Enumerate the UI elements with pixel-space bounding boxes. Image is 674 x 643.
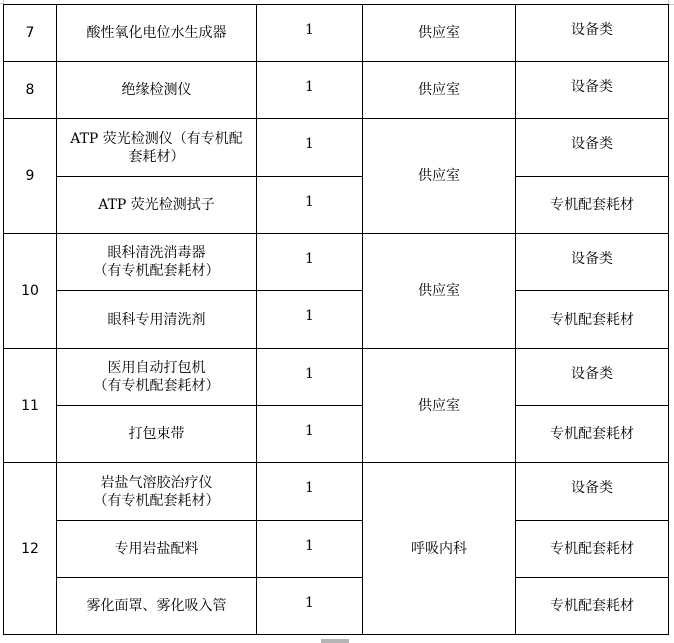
item-quantity: 1 — [257, 119, 363, 177]
item-quantity: 1 — [257, 5, 363, 62]
item-category: 专机配套耗材 — [516, 177, 669, 234]
item-name-line: 眼科清洗消毒器 — [59, 244, 254, 262]
item-name-line: 医用自动打包机 — [59, 359, 254, 377]
item-category: 设备类 — [516, 349, 669, 406]
item-quantity: 1 — [257, 177, 363, 234]
item-number: 8 — [4, 62, 57, 119]
item-department: 呼吸内科 — [363, 463, 516, 635]
item-name: 绝缘检测仪 — [57, 62, 257, 119]
item-number: 7 — [4, 5, 57, 62]
item-name: ATP 荧光检测仪（有专机配 套耗材） — [57, 119, 257, 177]
item-department: 供应室 — [363, 5, 516, 62]
item-quantity: 1 — [257, 578, 363, 635]
item-name-line: （有专机配套耗材） — [59, 262, 254, 280]
item-category: 设备类 — [516, 62, 669, 119]
item-quantity: 1 — [257, 521, 363, 578]
item-category: 专机配套耗材 — [516, 578, 669, 635]
item-name: 岩盐气溶胶治疗仪 （有专机配套耗材） — [57, 463, 257, 521]
item-category: 设备类 — [516, 5, 669, 62]
item-quantity: 1 — [257, 463, 363, 521]
item-name-line: ATP 荧光检测仪（有专机配 — [59, 130, 254, 148]
item-name: 酸性氧化电位水生成器 — [57, 5, 257, 62]
table-row: ATP 荧光检测拭子 1 专机配套耗材 — [4, 177, 669, 234]
item-department: 供应室 — [363, 119, 516, 234]
item-number: 9 — [4, 119, 57, 234]
item-quantity: 1 — [257, 234, 363, 291]
table-row: 雾化面罩、雾化吸入管 1 专机配套耗材 — [4, 578, 669, 635]
item-number: 10 — [4, 234, 57, 349]
table-row: 9 ATP 荧光检测仪（有专机配 套耗材） 1 供应室 设备类 — [4, 119, 669, 177]
item-department: 供应室 — [363, 349, 516, 463]
item-name-line: （有专机配套耗材） — [59, 492, 254, 510]
item-category: 设备类 — [516, 463, 669, 521]
table-row: 12 岩盐气溶胶治疗仪 （有专机配套耗材） 1 呼吸内科 设备类 — [4, 463, 669, 521]
item-name: ATP 荧光检测拭子 — [57, 177, 257, 234]
item-department: 供应室 — [363, 62, 516, 119]
item-name-line: 套耗材） — [59, 148, 254, 166]
item-category: 专机配套耗材 — [516, 291, 669, 349]
table-row: 眼科专用清洗剂 1 专机配套耗材 — [4, 291, 669, 349]
item-name: 打包束带 — [57, 406, 257, 463]
item-name-line: （有专机配套耗材） — [59, 377, 254, 395]
item-quantity: 1 — [257, 291, 363, 349]
item-name: 专用岩盐配料 — [57, 521, 257, 578]
item-name-line: 岩盐气溶胶治疗仪 — [59, 474, 254, 492]
item-category: 专机配套耗材 — [516, 406, 669, 463]
item-category: 专机配套耗材 — [516, 521, 669, 578]
item-name: 眼科专用清洗剂 — [57, 291, 257, 349]
item-category: 设备类 — [516, 234, 669, 291]
item-name: 雾化面罩、雾化吸入管 — [57, 578, 257, 635]
item-number: 12 — [4, 463, 57, 635]
item-name: 医用自动打包机 （有专机配套耗材） — [57, 349, 257, 406]
table-row: 10 眼科清洗消毒器 （有专机配套耗材） 1 供应室 设备类 — [4, 234, 669, 291]
item-quantity: 1 — [257, 349, 363, 406]
item-category: 设备类 — [516, 119, 669, 177]
scroll-handle[interactable] — [321, 639, 349, 643]
item-quantity: 1 — [257, 406, 363, 463]
table-row: 7 酸性氧化电位水生成器 1 供应室 设备类 — [4, 5, 669, 62]
item-department: 供应室 — [363, 234, 516, 349]
table-row: 专用岩盐配料 1 专机配套耗材 — [4, 521, 669, 578]
table-row: 11 医用自动打包机 （有专机配套耗材） 1 供应室 设备类 — [4, 349, 669, 406]
table-row: 8 绝缘检测仪 1 供应室 设备类 — [4, 62, 669, 119]
item-name: 眼科清洗消毒器 （有专机配套耗材） — [57, 234, 257, 291]
item-quantity: 1 — [257, 62, 363, 119]
equipment-table: 7 酸性氧化电位水生成器 1 供应室 设备类 8 绝缘检测仪 1 供应室 设备类… — [3, 4, 669, 635]
table-row: 打包束带 1 专机配套耗材 — [4, 406, 669, 463]
item-number: 11 — [4, 349, 57, 463]
